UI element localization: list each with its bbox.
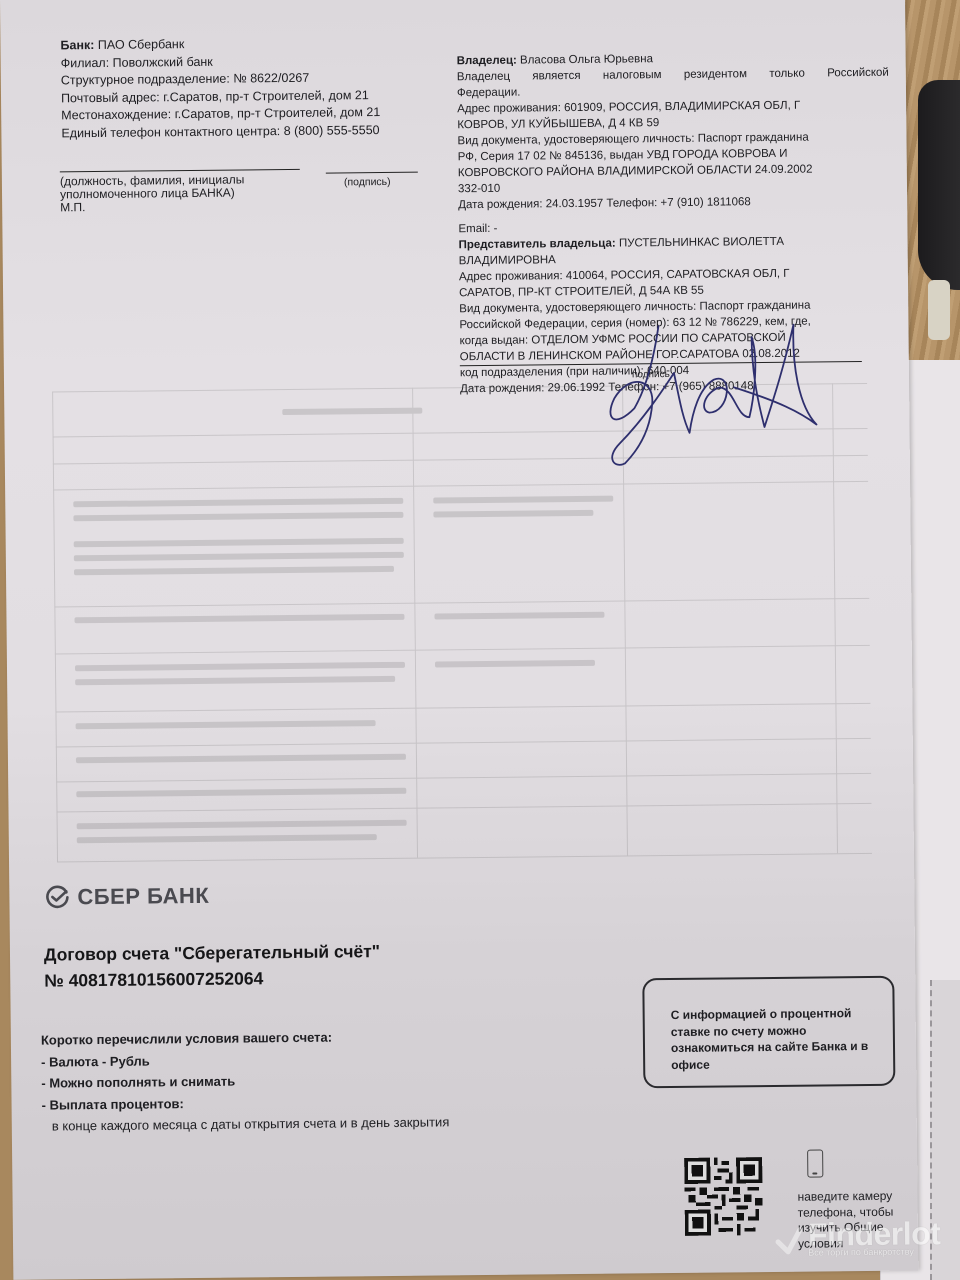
bank-signatory-caption: (должность, фамилия, инициалы уполномоче… — [60, 173, 245, 214]
watermark-logo-icon — [774, 1224, 802, 1256]
logo-wordmark: СБЕР БАНК — [77, 883, 209, 910]
bank-details: Банк: ПАО Сбербанк Филиал: Поволжский ба… — [60, 33, 441, 142]
position-line — [60, 169, 300, 173]
bank-signature-caption: (подпись) — [344, 176, 391, 188]
bleed-through-table — [52, 383, 872, 862]
sber-checkmark-icon — [45, 885, 69, 909]
interest-rate-info-box: С информацией о процентной ставке по сче… — [642, 976, 895, 1089]
signature-line — [326, 172, 418, 174]
interest-detail: в конце каждого месяца с даты открытия с… — [42, 1111, 450, 1137]
finderlot-watermark: Finderlot Все торги по банкротству — [808, 1218, 941, 1257]
account-number: № 40817810156007252064 — [44, 964, 380, 994]
contract-title: Договор счета "Сберегательный счёт" № 40… — [44, 938, 381, 994]
phone-on-desk — [918, 80, 960, 290]
sber-logo: СБЕР БАНК — [45, 883, 209, 911]
bank-phone: Единый телефон контактного центра: 8 (80… — [61, 121, 441, 142]
qr-code — [684, 1157, 763, 1236]
account-conditions: Коротко перечислили условия вашего счета… — [41, 1025, 450, 1137]
contract-page: Банк: ПАО Сбербанк Филиал: Поволжский ба… — [0, 0, 918, 1280]
stamp-label: М.П. — [60, 199, 245, 214]
smartphone-icon — [807, 1149, 823, 1177]
